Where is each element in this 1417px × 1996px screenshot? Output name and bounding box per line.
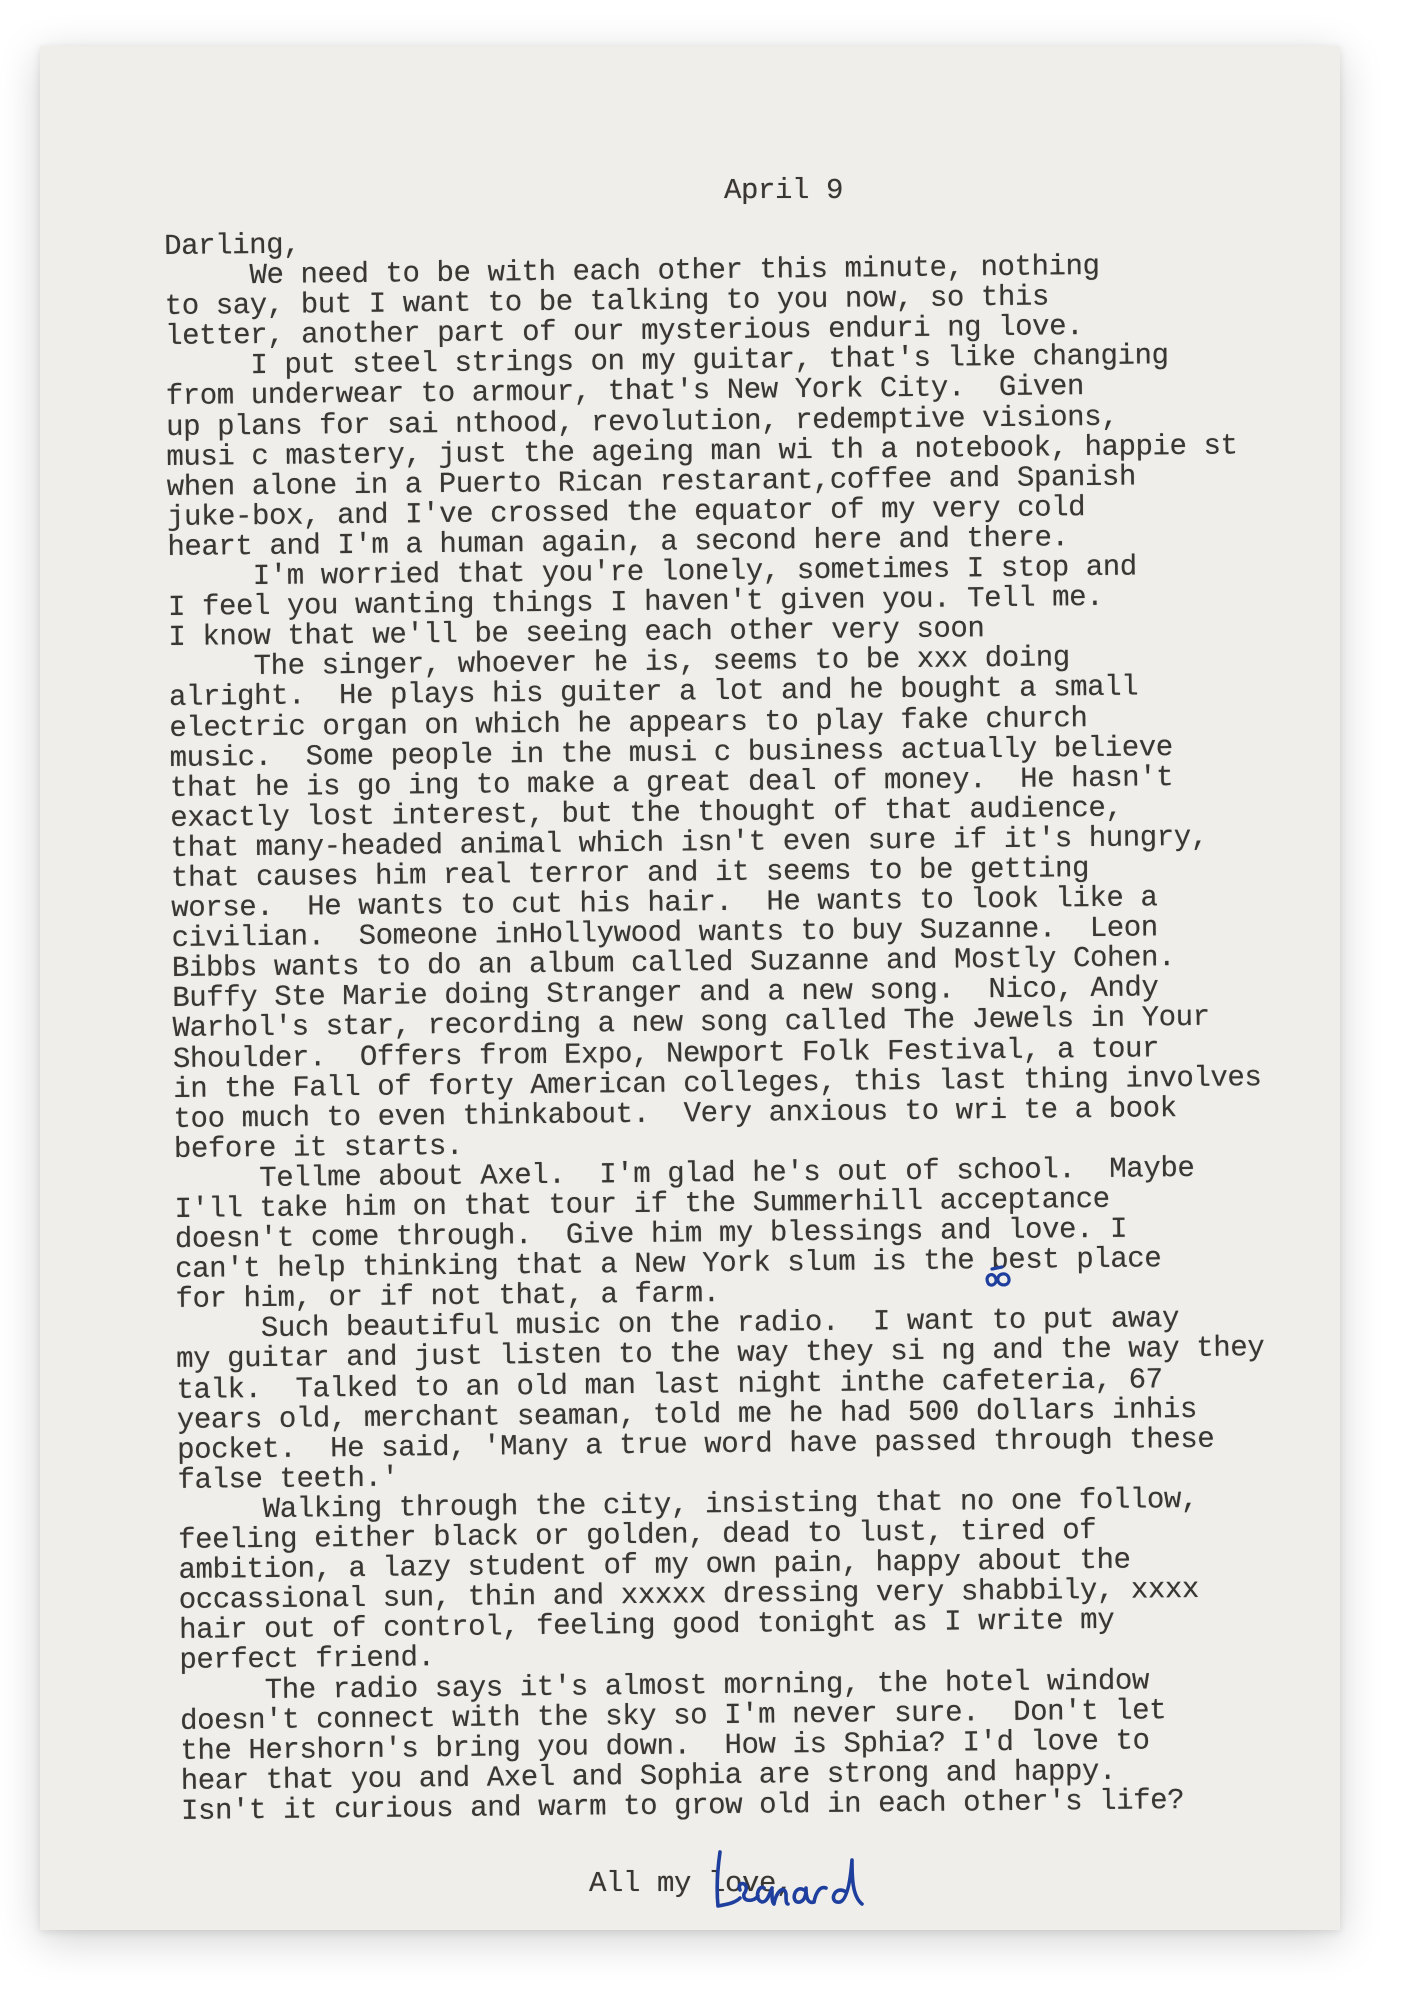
- letter-date: April 9: [724, 174, 843, 207]
- handwritten-signature: Leonard: [706, 1846, 886, 1916]
- ink-correction-mark: [982, 1265, 1016, 1291]
- letter-paper: April 9 Darling, We need to be with each…: [40, 46, 1340, 1930]
- letter-body: Darling, We need to be with each other t…: [164, 220, 1269, 1827]
